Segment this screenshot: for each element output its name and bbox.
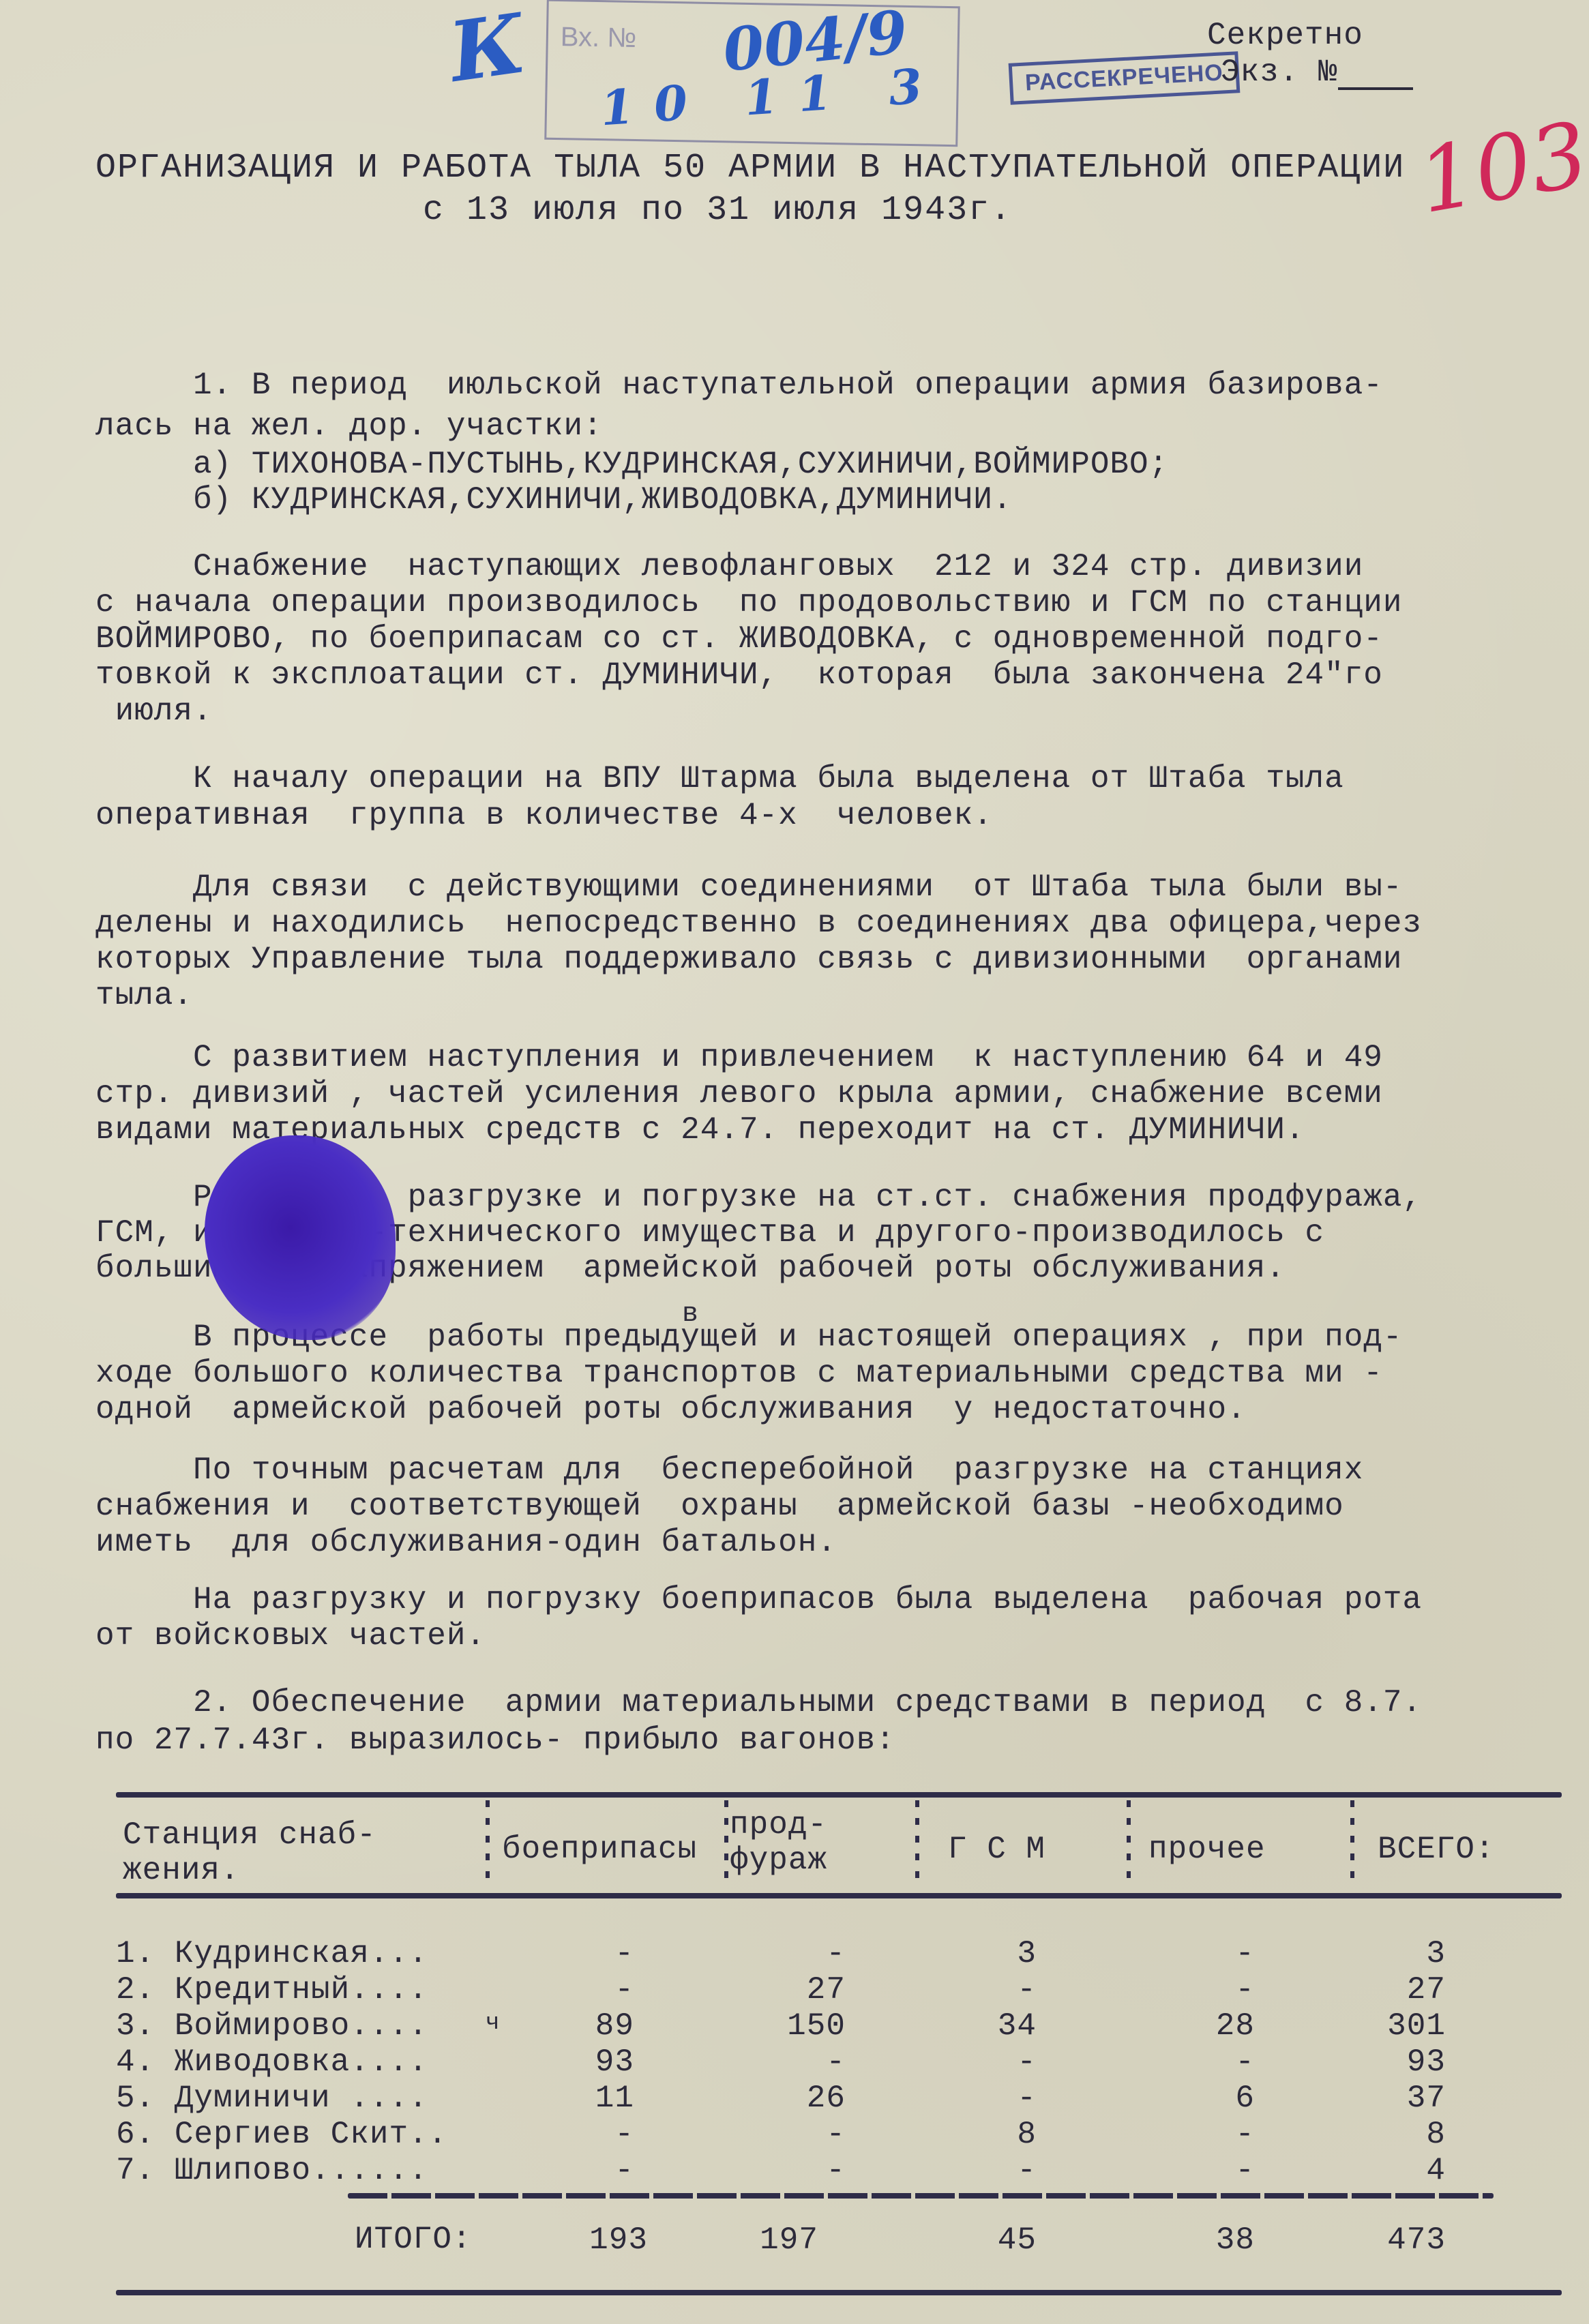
station-name: 6. Сергиев Скит..: [116, 2119, 447, 2150]
document-page: Вх. № К 004/9 10 11 3 РАССЕКРЕЧЕНО Секре…: [0, 0, 1589, 2324]
table-top-rule: [116, 1792, 1562, 1798]
total-label: ИТОГО:: [355, 2222, 472, 2257]
text-line: Снабжение наступающих левофланговых 212 …: [95, 549, 1548, 585]
table-cell: -: [1173, 2119, 1255, 2150]
copy-number-blank: [1338, 60, 1413, 90]
table-cell: -: [955, 2155, 1037, 2186]
table-cell: -: [764, 2046, 846, 2078]
handwritten-letter: К: [444, 0, 531, 101]
total-cell: 197: [737, 2224, 818, 2256]
table-cell: 28: [1173, 2010, 1255, 2042]
table-cell: -: [552, 2155, 634, 2186]
text-line: с начала операции производилось по продо…: [95, 585, 1548, 621]
table-bottom-rule: [116, 2290, 1562, 2295]
column-separator: [724, 1800, 728, 1889]
table-cell: 4: [1364, 2155, 1446, 2186]
text-line: от войсковых частей.: [95, 1618, 1548, 1654]
declassified-stamp: РАССЕКРЕЧЕНО: [1009, 51, 1241, 105]
table-cell: -: [764, 1938, 846, 1969]
text-line: лась на жел. дор. участки:: [95, 406, 1548, 447]
paragraph-p9: На разгрузку и погрузку боеприпасов была…: [95, 1582, 1548, 1654]
table-cell: 3: [1364, 1938, 1446, 1969]
text-line: по 27.7.43г. выразилось- прибыло вагонов…: [95, 1722, 1548, 1759]
text-line: которых Управление тыла поддерживало свя…: [95, 942, 1548, 978]
text-line: одной армейской рабочей роты обслуживани…: [95, 1392, 1548, 1428]
incoming-stamp-label: Вх. №: [560, 22, 636, 54]
text-line: 2. Обеспечение армии материальными средс…: [95, 1684, 1548, 1722]
station-name: 2. Кредитный....: [116, 1974, 428, 2006]
document-title-line-1: ОРГАНИЗАЦИЯ И РАБОТА ТЫЛА 50 АРМИИ В НАС…: [95, 149, 1405, 188]
table-cell: -: [1173, 1938, 1255, 1969]
table-cell: -: [552, 1938, 634, 1969]
table-cell: 27: [1364, 1974, 1446, 2006]
text-line: ходе большого количества транспортов с м…: [95, 1356, 1548, 1392]
text-line: 1. В период июльской наступательной опер…: [95, 365, 1548, 406]
station-name: 5. Думиничи ....: [116, 2083, 428, 2114]
table-cell: 34: [955, 2010, 1037, 2042]
table-cell: 93: [1364, 2046, 1446, 2078]
table-cell: 27: [764, 1974, 846, 2006]
text-line: ВОЙМИРОВО, по боеприпасам со ст. ЖИВОДОВ…: [95, 621, 1548, 657]
paragraph-p10: 2. Обеспечение армии материальными средс…: [95, 1684, 1548, 1759]
paragraph-p1: 1. В период июльской наступательной опер…: [95, 365, 1548, 447]
table-cell: 89: [552, 2010, 634, 2042]
table-cell: -: [1173, 1974, 1255, 2006]
table-cell: 37: [1364, 2083, 1446, 2114]
station-name: 3. Воймирово....: [116, 2010, 428, 2042]
text-line: По точным расчетам для бесперебойной раз…: [95, 1452, 1548, 1489]
table-cell: 150: [764, 2010, 846, 2042]
text-line: снабжения и соответствующей охраны армей…: [95, 1489, 1548, 1525]
paragraph-p1_list: а) ТИХОНОВА-ПУСТЫНЬ,КУДРИНСКАЯ,СУХИНИЧИ,…: [95, 447, 1548, 518]
column-header: прод- фураж: [730, 1807, 827, 1878]
table-cell: -: [1173, 2046, 1255, 2078]
table-cell: -: [955, 1974, 1037, 2006]
text-line: На разгрузку и погрузку боеприпасов была…: [95, 1582, 1548, 1618]
station-name: 1. Кудринская...: [116, 1938, 428, 1969]
column-header: боеприпасы: [502, 1832, 697, 1867]
table-cell: -: [552, 1974, 634, 2006]
text-line: иметь для обслуживания-один батальон.: [95, 1525, 1548, 1561]
table-header-rule: [116, 1893, 1562, 1898]
column-header: прочее: [1148, 1832, 1266, 1867]
paragraph-p4: Для связи с действующими соединениями от…: [95, 869, 1548, 1014]
total-cell: 45: [955, 2224, 1037, 2256]
copy-number: Экз. №: [1221, 55, 1413, 90]
table-cell: -: [764, 2155, 846, 2186]
table-cell: 6: [1173, 2083, 1255, 2114]
table-cell: -: [955, 2083, 1037, 2114]
handwritten-page-number: 103: [1411, 102, 1589, 234]
column-separator: [486, 1800, 490, 1889]
table-cell: 26: [764, 2083, 846, 2114]
text-line: июля.: [95, 694, 1548, 730]
text-line: а) ТИХОНОВА-ПУСТЫНЬ,КУДРИНСКАЯ,СУХИНИЧИ,…: [95, 447, 1548, 482]
margin-mark: ч: [486, 2008, 500, 2039]
total-cell: 193: [566, 2224, 648, 2256]
column-separator: [915, 1800, 919, 1889]
table-cell: -: [552, 2119, 634, 2150]
table-cell: 8: [1364, 2119, 1446, 2150]
paragraph-p3: К началу операции на ВПУ Штарма была выд…: [95, 760, 1548, 834]
typed-insertion: в: [682, 1296, 699, 1332]
total-top-rule: [348, 2193, 1494, 2199]
copy-number-label: Экз. №: [1221, 55, 1338, 90]
classification-label: Секретно: [1207, 18, 1363, 53]
station-name: 4. Живодовка....: [116, 2046, 428, 2078]
table-cell: -: [955, 2046, 1037, 2078]
table-cell: 3: [955, 1938, 1037, 1969]
column-separator: [1127, 1800, 1131, 1889]
table-cell: 301: [1364, 2010, 1446, 2042]
text-line: оперативная группа в количестве 4-х чело…: [95, 797, 1548, 834]
total-cell: 38: [1173, 2224, 1255, 2256]
column-header: Г С М: [948, 1832, 1045, 1867]
table-cell: 93: [552, 2046, 634, 2078]
table-cell: 11: [552, 2083, 634, 2114]
text-line: товкой к эксплоатации ст. ДУМИНИЧИ, кото…: [95, 657, 1548, 694]
text-line: Для связи с действующими соединениями от…: [95, 869, 1548, 906]
text-line: б) КУДРИНСКАЯ,СУХИНИЧИ,ЖИВОДОВКА,ДУМИНИЧ…: [95, 482, 1548, 518]
table-cell: -: [1173, 2155, 1255, 2186]
table-cell: -: [764, 2119, 846, 2150]
text-line: стр. дивизий , частей усиления левого кр…: [95, 1076, 1548, 1112]
text-line: делены и находились непосредственно в со…: [95, 906, 1548, 942]
column-separator: [1350, 1800, 1354, 1889]
ink-blot: [205, 1135, 396, 1340]
paragraph-p2: Снабжение наступающих левофланговых 212 …: [95, 549, 1548, 730]
text-line: К началу операции на ВПУ Штарма была выд…: [95, 760, 1548, 797]
text-line: С развитием наступления и привлечением к…: [95, 1040, 1548, 1076]
column-header: ВСЕГО:: [1378, 1832, 1495, 1867]
total-cell: 473: [1364, 2224, 1446, 2256]
paragraph-p8: По точным расчетам для бесперебойной раз…: [95, 1452, 1548, 1561]
document-title-line-2: с 13 июля по 31 июля 1943г.: [423, 191, 1012, 230]
column-header: Станция снаб- жения.: [123, 1817, 376, 1888]
table-cell: 8: [955, 2119, 1037, 2150]
paragraph-p5: С развитием наступления и привлечением к…: [95, 1040, 1548, 1148]
station-name: 7. Шлипово......: [116, 2155, 428, 2186]
text-line: тыла.: [95, 978, 1548, 1014]
